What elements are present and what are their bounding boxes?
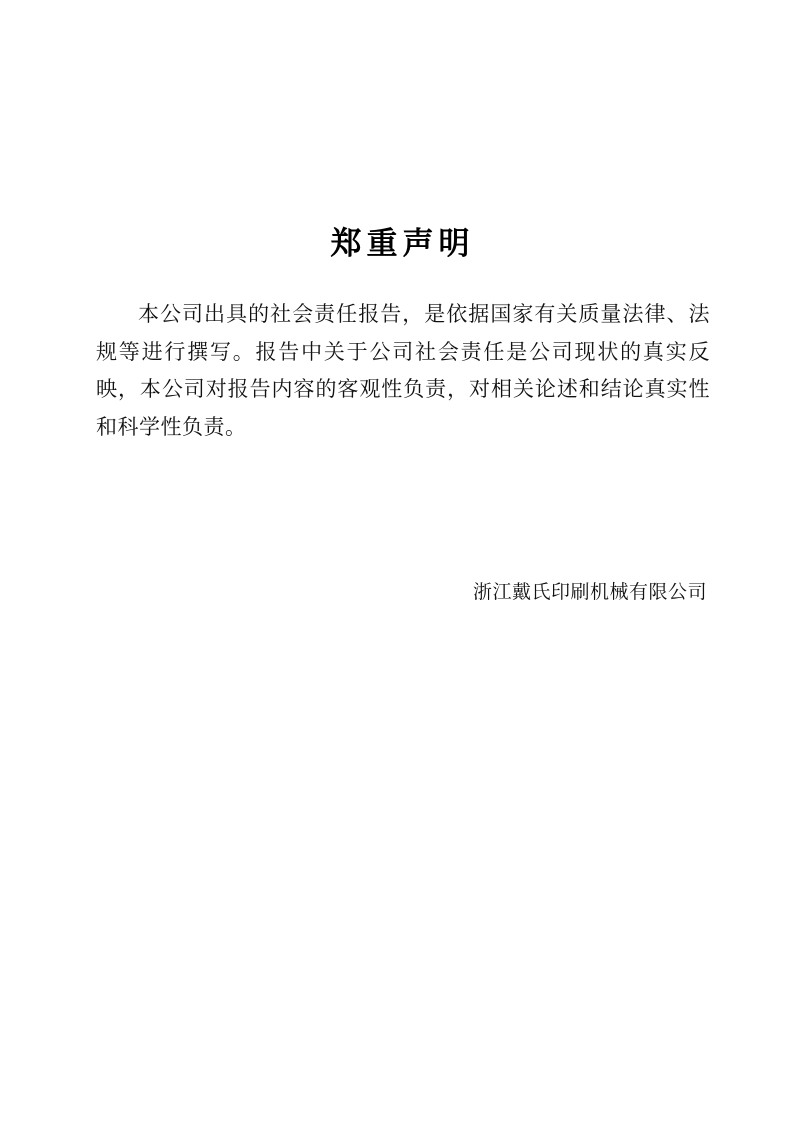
document-page: 郑重声明 本公司出具的社会责任报告，是依据国家有关质量法律、法规等进行撰写。报告… xyxy=(0,0,800,1132)
page-title: 郑重声明 xyxy=(0,224,800,264)
company-signature: 浙江戴氏印刷机械有限公司 xyxy=(473,580,707,606)
declaration-paragraph: 本公司出具的社会责任报告，是依据国家有关质量法律、法规等进行撰写。报告中关于公司… xyxy=(96,296,710,446)
